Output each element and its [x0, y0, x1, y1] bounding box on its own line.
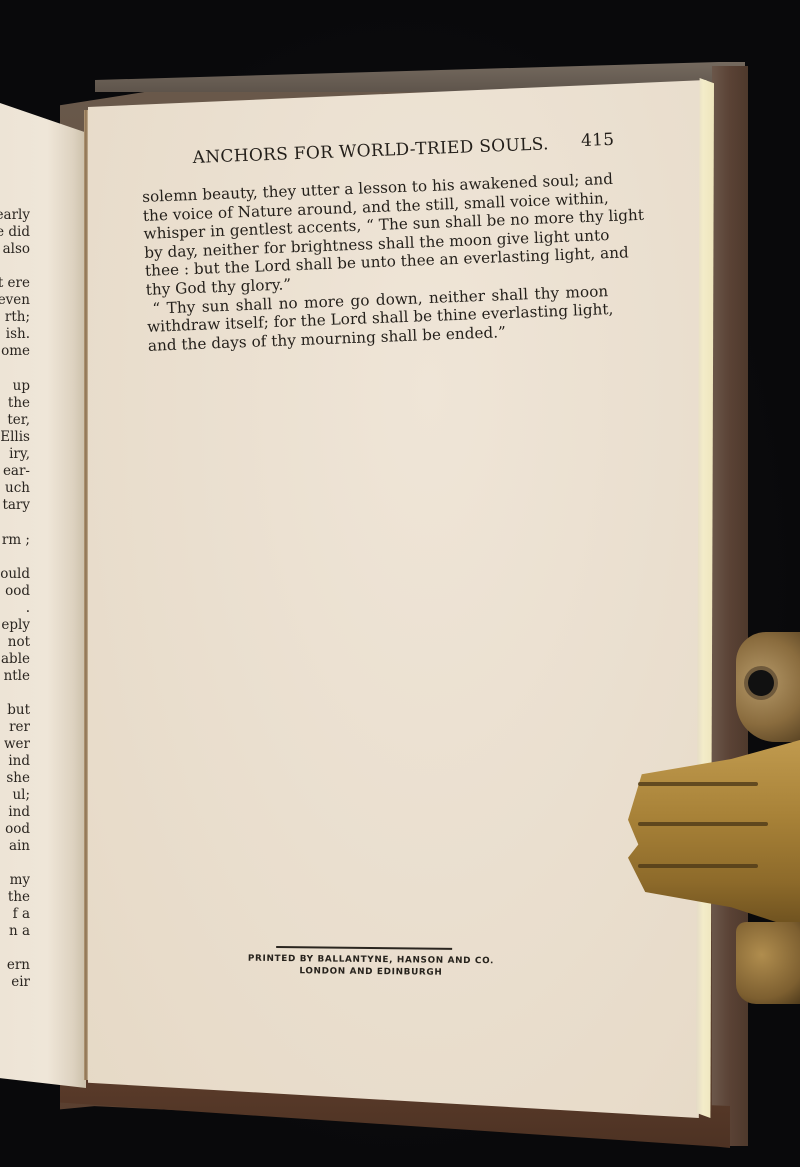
clip-finger-groove	[638, 864, 758, 868]
page-gutter	[84, 110, 88, 1080]
left-page-fragment: wer	[4, 736, 30, 753]
left-page-fragment: tary	[2, 497, 30, 514]
left-page-fragment: e did	[0, 224, 30, 241]
left-page-fragment: able	[1, 651, 30, 668]
clip-hole	[748, 670, 774, 696]
left-page-fragment: iry,	[9, 446, 30, 463]
left-page-fragment: .	[26, 600, 30, 617]
left-page-fragment: ntle	[4, 668, 30, 685]
left-page-fragment: eir	[11, 974, 30, 991]
left-page-fragment: t ere	[0, 275, 30, 292]
left-page-fragment: up	[13, 378, 30, 395]
left-page-fragment: eply	[1, 617, 30, 634]
left-page-fragment: the	[8, 395, 30, 412]
left-page-fragment: ul;	[12, 787, 30, 804]
left-page-fragment: ern	[7, 957, 30, 974]
clip-lower-part	[736, 922, 800, 1004]
clip-finger-groove	[638, 782, 758, 786]
left-page-fragment: uch	[5, 480, 30, 497]
book-photo-scene: earlye didalsot ereevenrth;ish.omeupthet…	[0, 0, 800, 1167]
printer-imprint: PRINTED BY BALLANTYNE, HANSON AND CO. LO…	[236, 946, 506, 979]
left-page-fragment: ain	[9, 838, 30, 855]
left-page-fragment: rm ;	[2, 532, 30, 549]
right-page-text: ANCHORS FOR WORLD-TRIED SOULS. 415 solem…	[140, 122, 618, 355]
left-page-fragment: Ellis	[0, 429, 30, 446]
left-page-fragment: not	[8, 634, 30, 651]
clip-finger-groove	[638, 822, 768, 826]
left-page-fragment: n a	[9, 923, 30, 940]
left-page-fragment: my	[10, 872, 30, 889]
left-page-fragment: f a	[13, 906, 30, 923]
left-page-fragment: early	[0, 207, 30, 224]
left-page-fragment: ind	[8, 753, 30, 770]
left-page-fragment: ood	[5, 821, 30, 838]
left-page-fragment: also	[3, 241, 30, 258]
left-page-fragment: she	[6, 770, 30, 787]
left-page-fragment: rth;	[5, 309, 30, 326]
left-page-fragment: but	[7, 702, 30, 719]
body-text: solemn beauty, they utter a lesson to hi…	[142, 170, 618, 355]
clip-ring	[736, 632, 800, 742]
running-head-title: ANCHORS FOR WORLD-TRIED SOULS.	[192, 134, 549, 168]
clip-hand	[628, 740, 800, 930]
left-page-fragment: rer	[9, 719, 30, 736]
left-page-fragment: ome	[1, 343, 30, 360]
left-page-fragment: even	[0, 292, 30, 309]
left-page-fragment: ter,	[7, 412, 30, 429]
left-page-fragment: ind	[8, 804, 30, 821]
left-page-fragment: ish.	[6, 326, 30, 343]
page-number: 415	[581, 130, 615, 151]
imprint-line-printer: PRINTED BY BALLANTYNE, HANSON AND CO.	[236, 954, 506, 967]
left-page: earlye didalsot ereevenrth;ish.omeupthet…	[0, 103, 86, 1088]
left-page-fragment: the	[8, 889, 30, 906]
left-page-fragment: ould	[0, 566, 30, 583]
imprint-rule	[276, 946, 452, 950]
left-page-fragment: ear-	[3, 463, 30, 480]
left-page-fragment: ood	[5, 583, 30, 600]
brass-hand-clip	[628, 632, 800, 1004]
